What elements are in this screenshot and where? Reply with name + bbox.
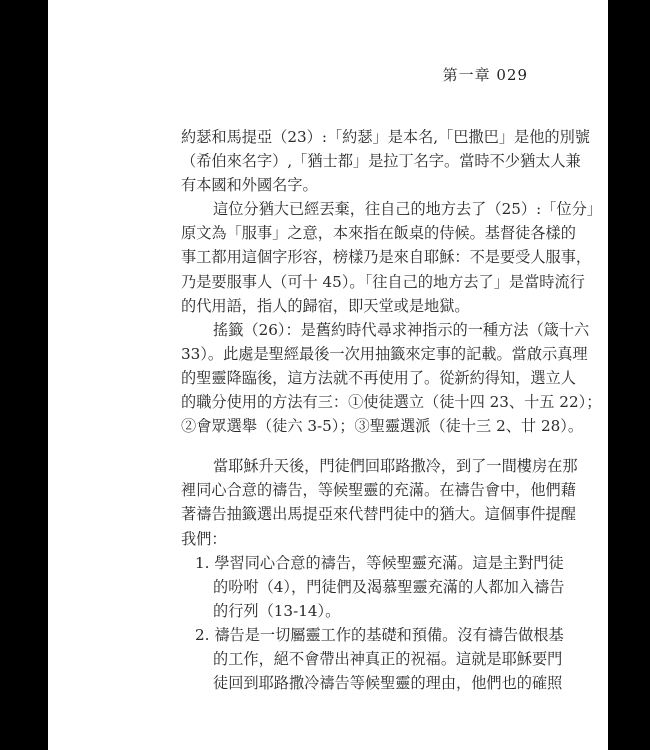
text-line: 著禱告抽籤選出馬提亞來代替門徒中的猶大。這個事件提醒 (181, 502, 503, 526)
text-line: 的行列（13-14）。 (181, 599, 503, 623)
text-line: （希伯來名字）,「猶士都」是拉丁名字。當時不少猶太人兼 (181, 149, 503, 173)
list-number: 1. (195, 554, 210, 572)
book-page: 第一章 029 約瑟和馬提亞（23）:「約瑟」是本名,「巴撒巴」是他的別號 （希… (48, 0, 608, 750)
list-item-first-line: 2. 禱告是一切屬靈工作的基礎和預備。沒有禱告做根基 (181, 623, 503, 647)
list-number: 2. (195, 626, 210, 644)
text-line: 的職分使用的方法有三：①使徒選立（徒十四 23、十五 22）； (181, 390, 503, 414)
text-line: 的代用語，指人的歸宿，即天堂或是地獄。 (181, 294, 503, 318)
text-line: 的吩咐（4），門徒們及渴慕聖靈充滿的人都加入禱告 (181, 575, 503, 599)
text-line: 約瑟和馬提亞（23）:「約瑟」是本名,「巴撒巴」是他的別號 (181, 125, 503, 149)
list-item: 2. 禱告是一切屬靈工作的基礎和預備。沒有禱告做根基 的工作，絕不會帶出神真正的… (181, 623, 503, 695)
text-segment: 徒回到耶路撒冷禱告等候聖靈的理由，他們也的確照 (195, 674, 562, 692)
text-line: 的聖靈降臨後，這方法就不再使用了。從新約得知，選立人 (181, 366, 503, 390)
text-line: 這位分猶大已經丟棄，往自己的地方去了（25）:「位分」 (181, 197, 503, 221)
text-segment: 的工作，絕不會帶出神真正的祝福。這就是耶穌要門 (195, 650, 562, 668)
list-item: 1. 學習同心合意的禱告，等候聖靈充滿。這是主對門徒 的吩咐（4），門徒們及渴慕… (181, 551, 503, 623)
text-line: 事工都用這個字形容，榜樣乃是來自耶穌：不是要受人服事， (181, 245, 503, 269)
text-line: 我們： (181, 527, 503, 551)
text-line: 當耶穌升天後，門徒們回耶路撒冷，到了一間樓房在那 (181, 454, 503, 478)
list-item-first-line: 1. 學習同心合意的禱告，等候聖靈充滿。這是主對門徒 (181, 551, 503, 575)
text-line: 33）。此處是聖經最後一次用抽籤來定事的記載。當啟示真理 (181, 342, 503, 366)
paragraph-casting-lots: 搖籤（26）：是舊約時代尋求神指示的一種方法（箴十六 33）。此處是聖經最後一次… (181, 318, 503, 438)
text-line: ②會眾選舉（徒六 3-5）；③聖靈選派（徒十三 2、廿 28）。 (181, 414, 503, 438)
text-segment: 的行列（13-14）。 (195, 602, 340, 620)
text-line: 有本國和外國名字。 (181, 173, 503, 197)
paragraph-position: 這位分猶大已經丟棄，往自己的地方去了（25）:「位分」 原文為「服事」之意，本來… (181, 197, 503, 317)
section-gap (181, 438, 503, 454)
text-segment: 禱告是一切屬靈工作的基礎和預備。沒有禱告做根基 (214, 626, 563, 644)
text-segment: 的吩咐（4），門徒們及渴慕聖靈充滿的人都加入禱告 (195, 578, 564, 596)
text-segment: 學習同心合意的禱告，等候聖靈充滿。這是主對門徒 (214, 554, 563, 572)
paragraph-names: 約瑟和馬提亞（23）:「約瑟」是本名,「巴撒巴」是他的別號 （希伯來名字）,「猶… (181, 125, 503, 197)
text-line: 裡同心合意的禱告，等候聖靈的充滿。在禱告會中，他們藉 (181, 478, 503, 502)
numbered-list: 1. 學習同心合意的禱告，等候聖靈充滿。這是主對門徒 的吩咐（4），門徒們及渴慕… (181, 551, 503, 696)
paragraph-reflection: 當耶穌升天後，門徒們回耶路撒冷，到了一間樓房在那 裡同心合意的禱告，等候聖靈的充… (181, 454, 503, 550)
text-line: 乃是要服事人（可十 45）。「往自己的地方去了」是當時流行 (181, 270, 503, 294)
text-line: 原文為「服事」之意，本來指在飯桌的侍候。基督徒各樣的 (181, 221, 503, 245)
text-line: 徒回到耶路撒冷禱告等候聖靈的理由，他們也的確照 (181, 671, 503, 695)
text-line: 的工作，絕不會帶出神真正的祝福。這就是耶穌要門 (181, 647, 503, 671)
running-head: 第一章 029 (443, 64, 528, 85)
body-text: 約瑟和馬提亞（23）:「約瑟」是本名,「巴撒巴」是他的別號 （希伯來名字）,「猶… (181, 125, 503, 695)
text-line: 搖籤（26）：是舊約時代尋求神指示的一種方法（箴十六 (181, 318, 503, 342)
